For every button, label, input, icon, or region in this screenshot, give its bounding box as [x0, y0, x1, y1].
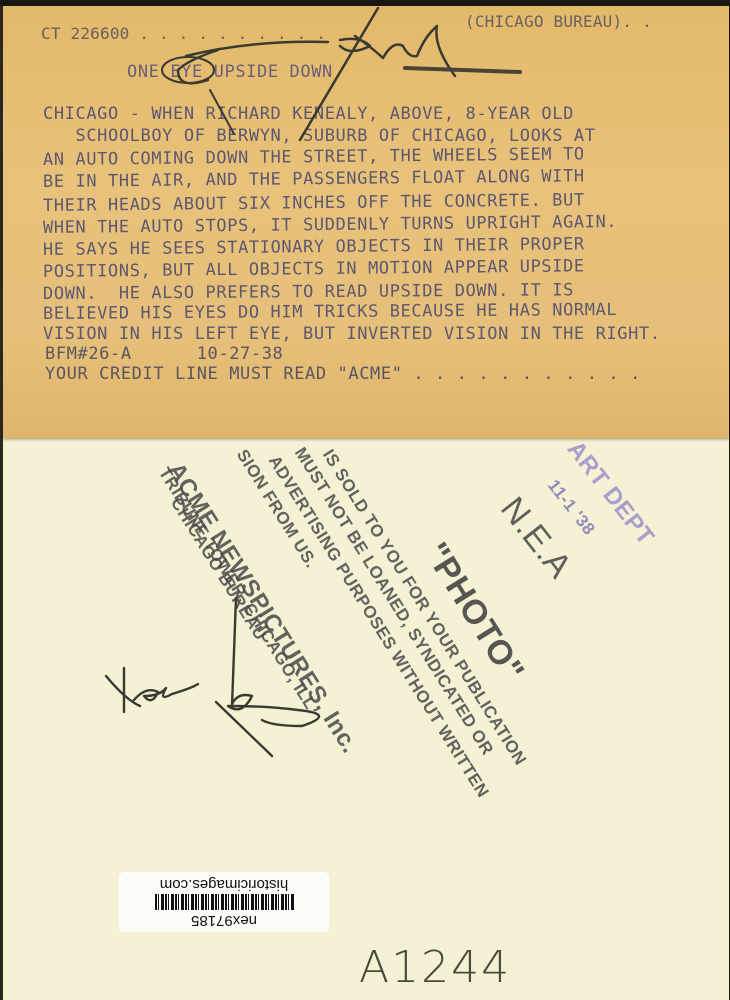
barcode-icon	[155, 894, 295, 910]
caption-line: CHICAGO - WHEN RICHARD KENEALY, ABOVE, 8…	[43, 104, 574, 124]
nea-stamp-dept: ART DEPT	[561, 436, 659, 551]
caption-line: BE IN THE AIR, AND THE PASSENGERS FLOAT …	[43, 166, 585, 192]
bureau-label: (CHICAGO BUREAU). .	[465, 12, 652, 31]
barcode-sticker: historicimages.com nex97185	[119, 872, 329, 932]
notice-stamp-line: IS SOLD TO YOU FOR YOUR PUBLICATION	[318, 446, 530, 769]
caption-line: HE SAYS HE SEES STATIONARY OBJECTS IN TH…	[43, 234, 585, 260]
negative-number: CT 226600 . . . . . . . . . .	[41, 24, 326, 43]
archive-number: A1244	[359, 942, 511, 993]
sticker-site: historicimages.com	[119, 876, 329, 893]
photo-back-sheet: CT 226600 . . . . . . . . . . (CHICAGO B…	[0, 6, 729, 1000]
caption-line: THEIR HEADS ABOUT SIX INCHES OFF THE CON…	[43, 190, 585, 216]
sticker-id: nex97185	[119, 912, 329, 929]
credit-line: YOUR CREDIT LINE MUST READ "ACME" . . . …	[45, 364, 641, 384]
caption-line: SCHOOLBOY OF BERWYN, SUBURB OF CHICAGO, …	[43, 126, 596, 146]
caption-title: ONE EYE UPSIDE DOWN	[127, 62, 333, 82]
caption-line: AN AUTO COMING DOWN THE STREET, THE WHEE…	[43, 144, 585, 170]
caption-line: VISION IN HIS LEFT EYE, BUT INVERTED VIS…	[43, 324, 661, 344]
notice-stamp-line: ADVERTISING PURPOSES WITHOUT WRITTEN	[264, 452, 493, 801]
reference-code: BFM#26-A 10-27-38	[45, 344, 283, 364]
caption-line: POSITIONS, BUT ALL OBJECTS IN MOTION APP…	[43, 256, 585, 282]
caption-line: BELIEVED HIS EYES DO HIM TRICKS BECAUSE …	[43, 300, 617, 324]
caption-snipe: CT 226600 . . . . . . . . . . (CHICAGO B…	[3, 6, 729, 438]
